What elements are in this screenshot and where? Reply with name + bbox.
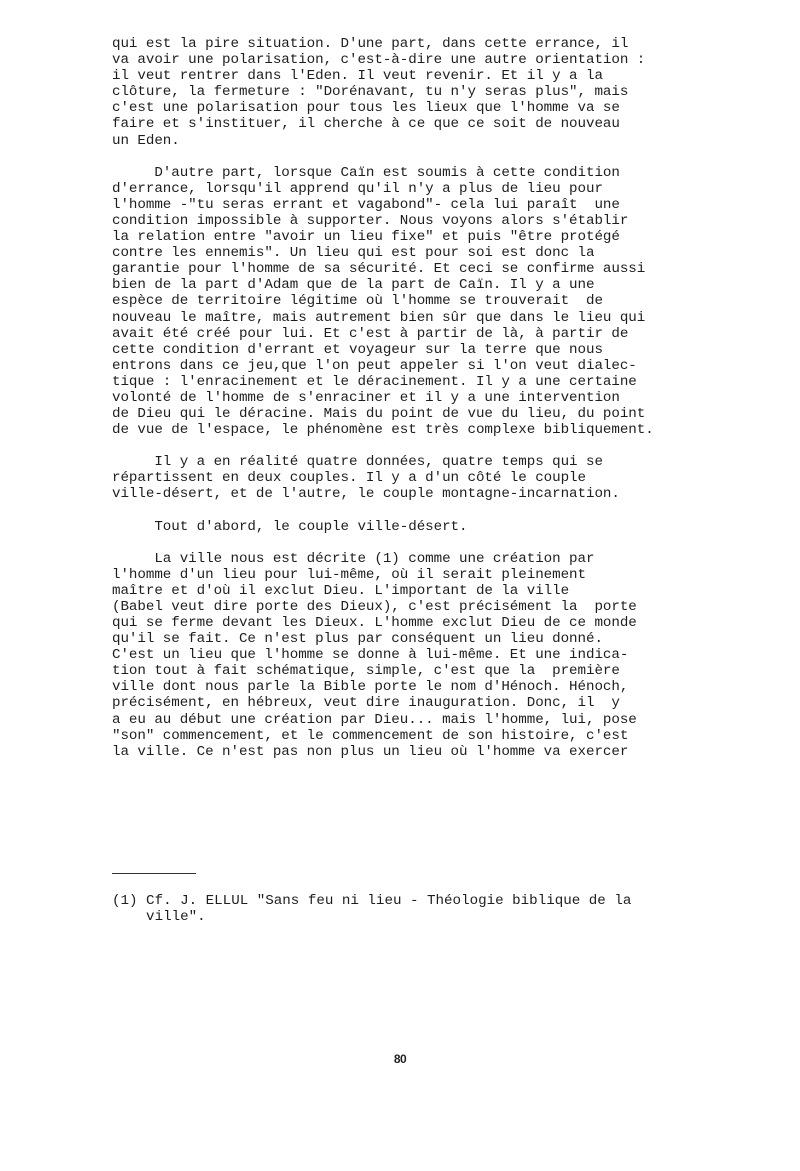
text-line: qu'il se fait. Ce n'est plus par conséqu…	[112, 631, 792, 647]
text-line: cette condition d'errant et voyageur sur…	[112, 342, 792, 358]
text-line: contre les ennemis". Un lieu qui est pou…	[112, 245, 792, 261]
text-line: précisément, en hébreux, veut dire inaug…	[112, 695, 792, 711]
text-line: avait été créé pour lui. Et c'est à part…	[112, 326, 792, 342]
text-line: clôture, la fermeture : "Dorénavant, tu …	[112, 84, 792, 100]
text-line: répartissent en deux couples. Il y a d'u…	[112, 470, 792, 486]
text-line: va avoir une polarisation, c'est-à-dire …	[112, 52, 792, 68]
text-line: un Eden.	[112, 133, 792, 149]
text-line: bien de la part d'Adam que de la part de…	[112, 277, 792, 293]
footnote-divider	[112, 873, 196, 874]
text-line: D'autre part, lorsque Caïn est soumis à …	[112, 165, 792, 181]
footnote-line: (1) Cf. J. ELLUL "Sans feu ni lieu - Thé…	[112, 893, 792, 909]
text-line: qui se ferme devant les Dieux. L'homme e…	[112, 615, 792, 631]
paragraph: D'autre part, lorsque Caïn est soumis à …	[112, 165, 792, 439]
text-line: espèce de territoire légitime où l'homme…	[112, 293, 792, 309]
text-line: il veut rentrer dans l'Eden. Il veut rev…	[112, 68, 792, 84]
text-line: condition impossible à supporter. Nous v…	[112, 213, 792, 229]
text-line: la relation entre "avoir un lieu fixe" e…	[112, 229, 792, 245]
text-line: (Babel veut dire porte des Dieux), c'est…	[112, 599, 792, 615]
text-line: entrons dans ce jeu,que l'on peut appele…	[112, 358, 792, 374]
text-line: la ville. Ce n'est pas non plus un lieu …	[112, 744, 792, 760]
text-line: d'errance, lorsqu'il apprend qu'il n'y a…	[112, 181, 792, 197]
text-line: l'homme d'un lieu pour lui-même, où il s…	[112, 567, 792, 583]
text-line: "son" commencement, et le commencement d…	[112, 728, 792, 744]
text-line: tique : l'enracinement et le déracinemen…	[112, 374, 792, 390]
text-line: faire et s'instituer, il cherche à ce qu…	[112, 116, 792, 132]
text-line: qui est la pire situation. D'une part, d…	[112, 36, 792, 52]
text-line: de vue de l'espace, le phénomène est trè…	[112, 422, 792, 438]
text-line: La ville nous est décrite (1) comme une …	[112, 551, 792, 567]
text-line: nouveau le maître, mais autrement bien s…	[112, 310, 792, 326]
footnote: (1) Cf. J. ELLUL "Sans feu ni lieu - Thé…	[112, 893, 792, 925]
text-line: volonté de l'homme de s'enraciner et il …	[112, 390, 792, 406]
text-line: de Dieu qui le déracine. Mais du point d…	[112, 406, 792, 422]
paragraph: La ville nous est décrite (1) comme une …	[112, 551, 792, 760]
text-line: garantie pour l'homme de sa sécurité. Et…	[112, 261, 792, 277]
text-line: l'homme -"tu seras errant et vagabond"- …	[112, 197, 792, 213]
text-line: c'est une polarisation pour tous les lie…	[112, 100, 792, 116]
text-line: a eu au début une création par Dieu... m…	[112, 712, 792, 728]
page-number: 80	[0, 1052, 800, 1066]
paragraph: Il y a en réalité quatre données, quatre…	[112, 454, 792, 502]
paragraph: qui est la pire situation. D'une part, d…	[112, 36, 792, 149]
text-line: C'est un lieu que l'homme se donne à lui…	[112, 647, 792, 663]
text-line: Il y a en réalité quatre données, quatre…	[112, 454, 792, 470]
text-line: Tout d'abord, le couple ville-désert.	[112, 519, 792, 535]
footnote-line: ville".	[112, 909, 792, 925]
document-body: qui est la pire situation. D'une part, d…	[112, 36, 792, 760]
text-line: tion tout à fait schématique, simple, c'…	[112, 663, 792, 679]
text-line: ville dont nous parle la Bible porte le …	[112, 679, 792, 695]
text-line: ville-désert, et de l'autre, le couple m…	[112, 486, 792, 502]
text-line: maître et d'où il exclut Dieu. L'importa…	[112, 583, 792, 599]
paragraph: Tout d'abord, le couple ville-désert.	[112, 519, 792, 535]
